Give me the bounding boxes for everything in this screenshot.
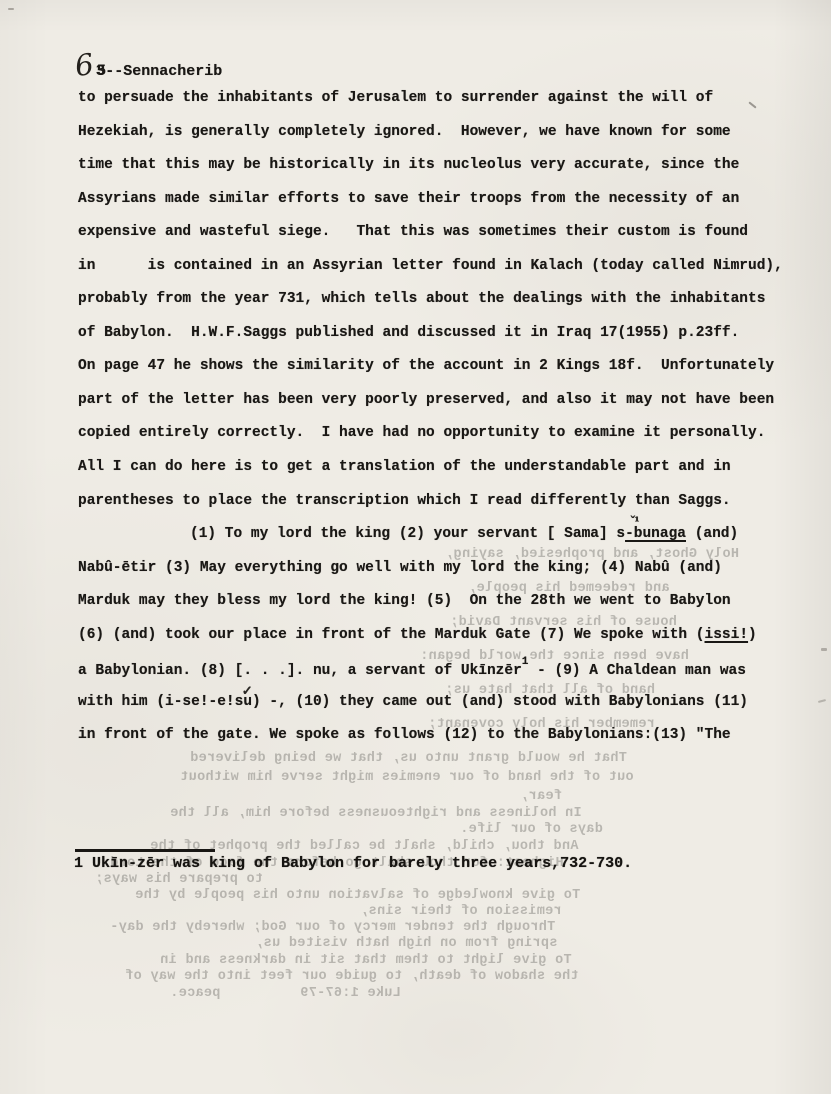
page-title: --Sennacherib — [105, 63, 222, 80]
page-header: 635--Sennacherib — [56, 30, 222, 82]
handwritten-page-number: 6 — [73, 47, 96, 83]
scanned-typewritten-page: { "header": { "hand_number": "6", "typed… — [0, 0, 831, 1094]
bleedthrough-line: In holiness and righteousness before him… — [170, 806, 582, 821]
bleedthrough-line: To give knowledge of salvation unto his … — [135, 888, 580, 903]
bleedthrough-line: To give light to them that sit in darkne… — [160, 953, 572, 968]
typed-line: (6) (and) took our place in front of the… — [78, 627, 818, 661]
typed-line: part of the letter has been very poorly … — [78, 392, 818, 426]
typed-line: Nabû-ētir (3) May everything go well wit… — [78, 560, 818, 594]
scan-artifact — [818, 699, 826, 703]
typed-line: of Babylon. H.W.F.Saggs published and di… — [78, 325, 818, 359]
bleedthrough-line: remission of their sins, — [360, 904, 562, 919]
typed-line: in is contained in an Assyrian letter fo… — [78, 258, 818, 292]
footnote-text: 1 Ukīn-zēr was king of Babylon for barel… — [74, 855, 632, 872]
typed-line: with him (i-se!-e!su) -, (10) they came … — [78, 694, 818, 728]
bleedthrough-line: Through the tender mercy of our God; whe… — [110, 920, 555, 935]
typed-line: Hezekiah, is generally completely ignore… — [78, 124, 818, 158]
handwritten-caron-mark: ˇ¹ — [630, 516, 638, 529]
typed-line: All I can do here is to get a translatio… — [78, 459, 818, 493]
typed-line: On page 47 he shows the similarity of th… — [78, 358, 818, 392]
bleedthrough-line: spring from on high hath visited us, — [255, 936, 557, 951]
bleedthrough-line: to prepare his ways; — [95, 872, 263, 887]
typed-line: parentheses to place the transcription w… — [78, 493, 818, 527]
scan-artifact — [8, 8, 14, 10]
typed-body: to persuade the inhabitants of Jerusalem… — [78, 90, 818, 761]
bleedthrough-line: days of our life. — [460, 822, 603, 837]
footnote-reference-superscript: 1 — [522, 656, 529, 668]
bleedthrough-line: fear, — [520, 789, 562, 804]
bleedthrough-line: peace. — [170, 986, 220, 1001]
typed-line: Marduk may they bless my lord the king! … — [78, 593, 818, 627]
bleedthrough-scripture-reference: Luke 1:67-79 — [300, 986, 401, 1001]
scan-artifact — [821, 648, 827, 651]
typed-line: in front of the gate. We spoke as follow… — [78, 727, 818, 761]
typed-line: expensive and wasteful siege. That this … — [78, 224, 818, 258]
footnote-separator-rule — [75, 849, 215, 852]
bleedthrough-line: the shadow of death, to guide our feet i… — [125, 969, 579, 984]
typed-line: copied entirely correctly. I have had no… — [78, 425, 818, 459]
handwritten-check-mark: ✓ — [242, 685, 253, 698]
typed-line: to persuade the inhabitants of Jerusalem… — [78, 90, 818, 124]
typed-line: Assyrians made similar efforts to save t… — [78, 191, 818, 225]
typed-line-translation-start: (1) To my lord the king (2) your servant… — [78, 526, 818, 560]
typed-line: time that this may be historically in it… — [78, 157, 818, 191]
overstruck-page-number: 35 — [96, 62, 106, 80]
typed-line: a Babylonian. (8) [. . .]. nu, a servant… — [78, 660, 818, 694]
typed-line: probably from the year 731, which tells … — [78, 291, 818, 325]
bleedthrough-line: out of the hand of our enemies might ser… — [180, 770, 634, 785]
underlined-word: issi! — [705, 627, 749, 643]
